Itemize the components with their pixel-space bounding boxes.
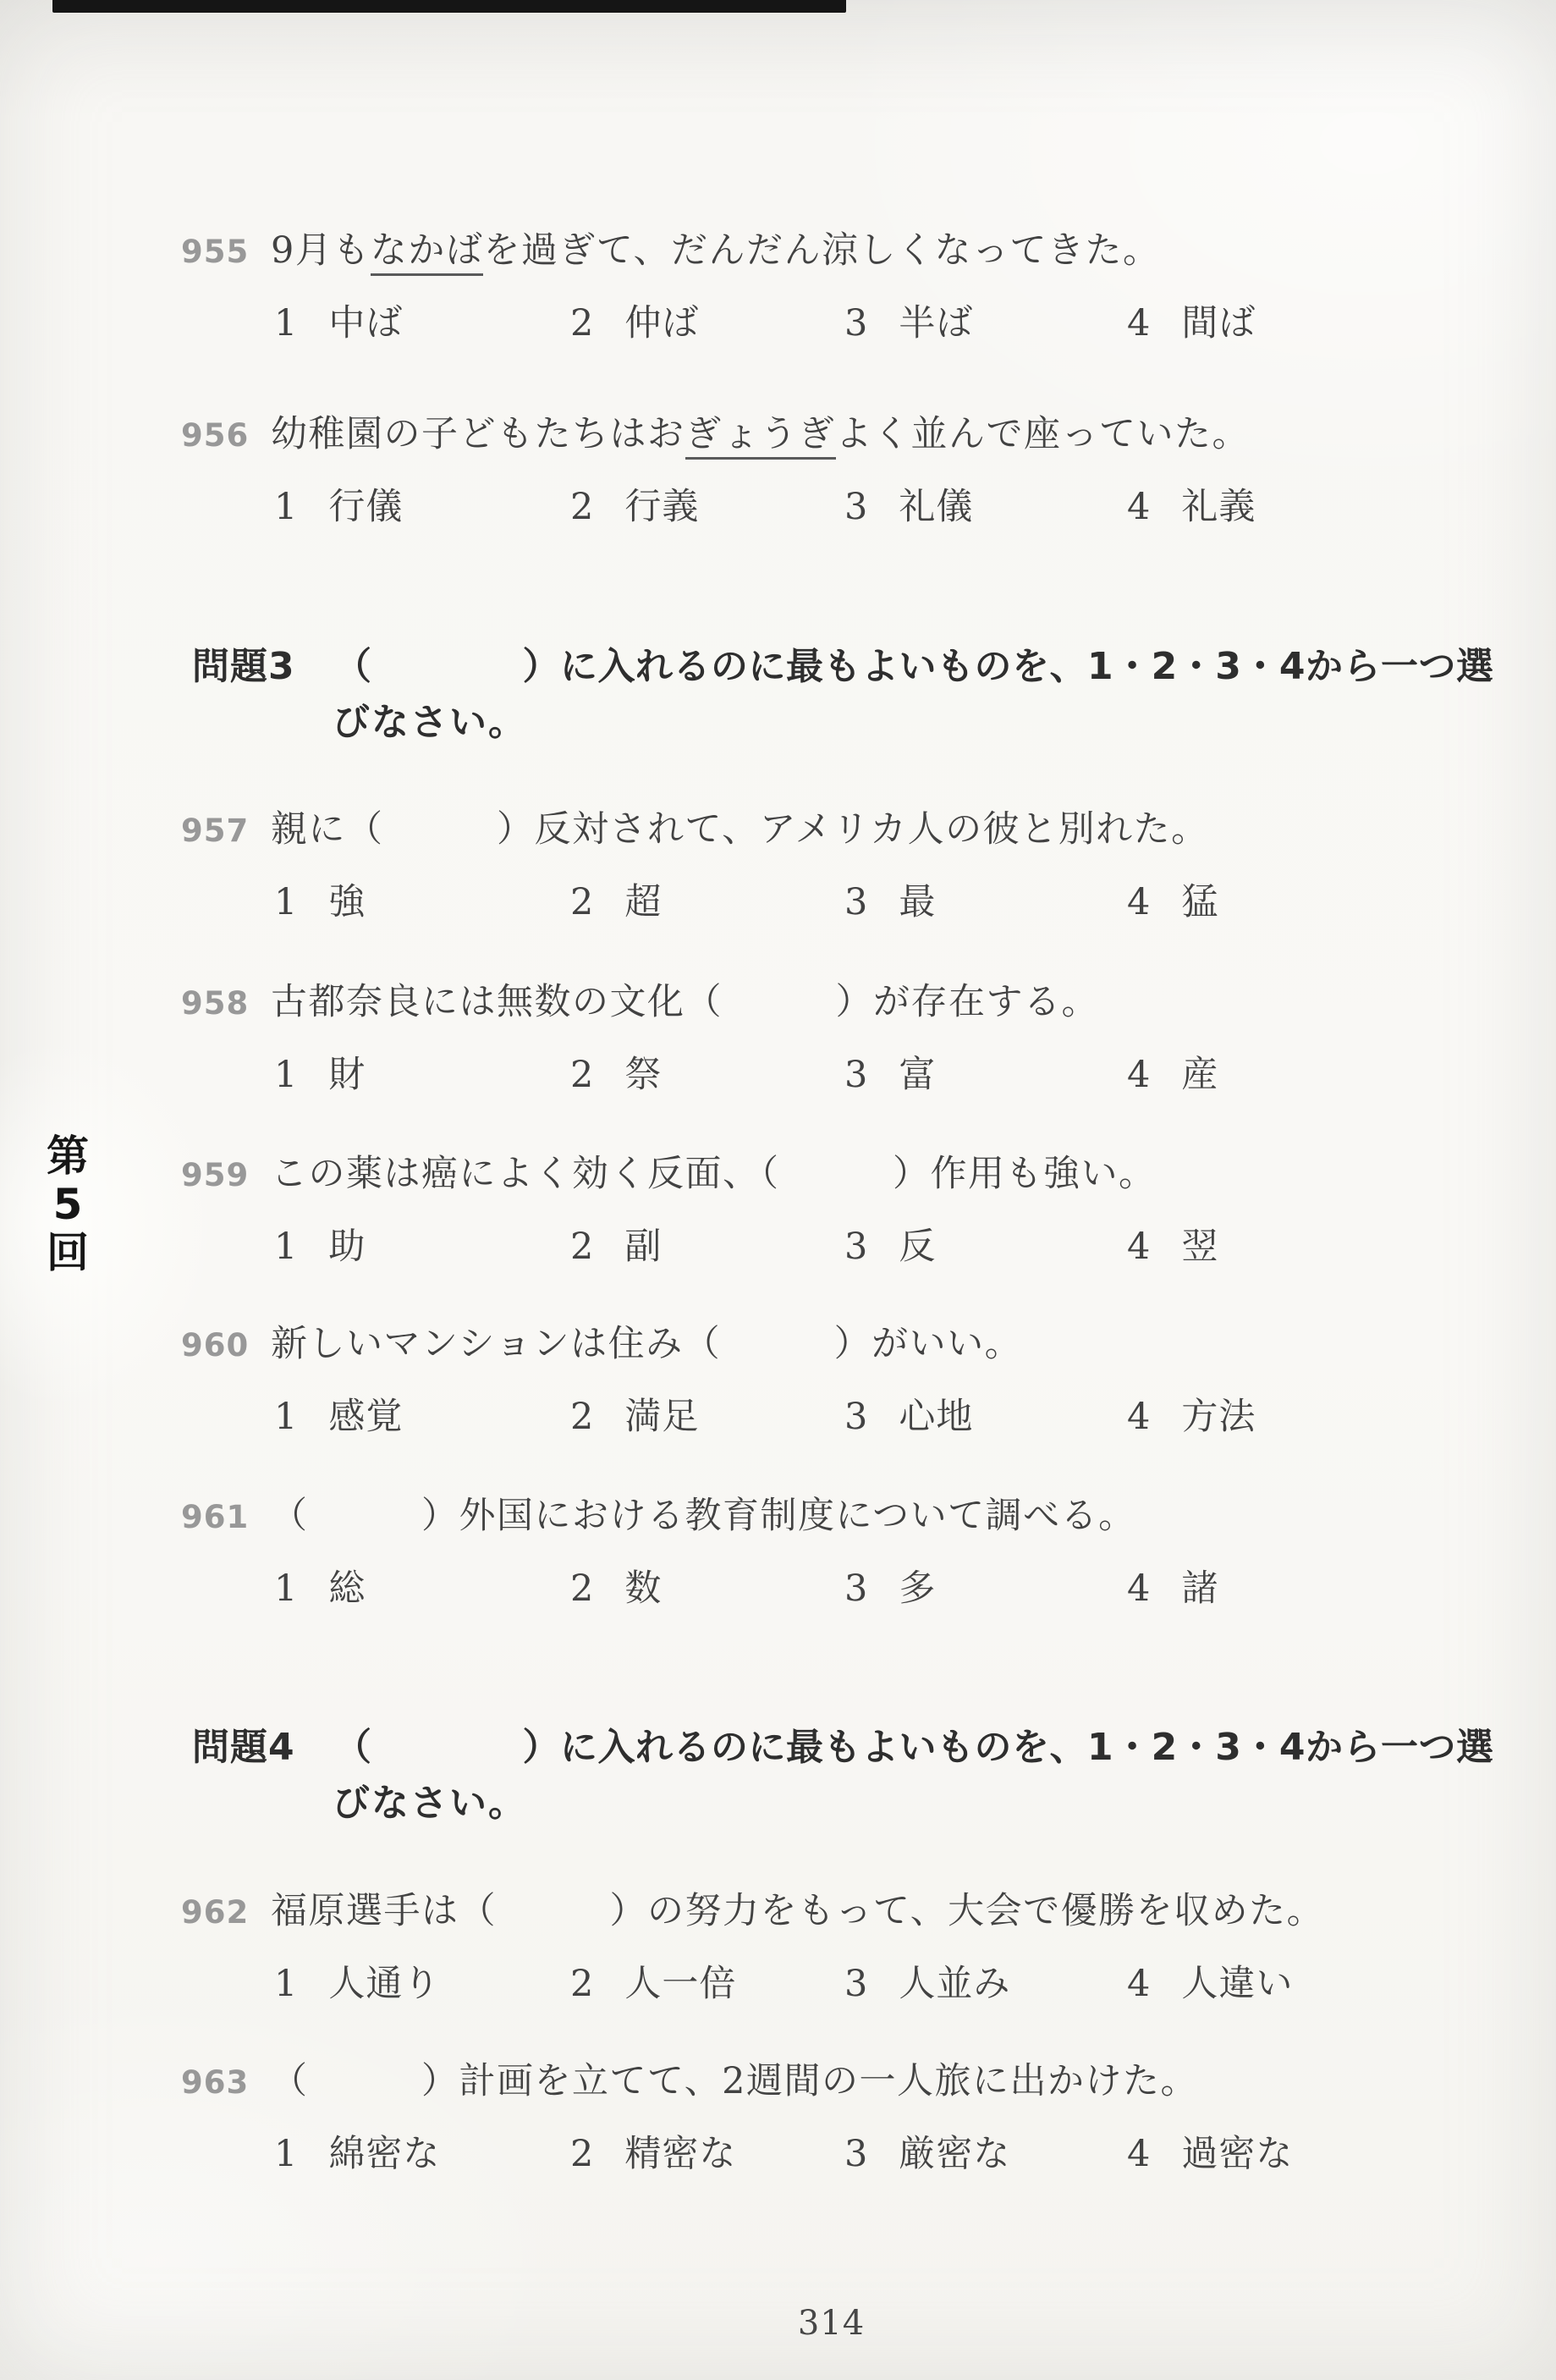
option-956-1: 1行儀	[274, 478, 403, 530]
option-959-1: 1助	[274, 1218, 366, 1270]
question-962-number: 962	[181, 1894, 249, 1931]
problem3-instruction-line2: びなさい。	[333, 691, 527, 746]
question-955: 955 9月もなかばを過ぎて、だんだん涼しくなってきた。 1中ば 2仲ば 3半ば…	[0, 230, 1556, 357]
option-number: 3	[844, 1567, 868, 1610]
option-text: 礼儀	[899, 486, 973, 528]
option-number: 2	[570, 302, 594, 344]
option-text: 感覚	[328, 1396, 403, 1438]
option-962-1: 1人通り	[274, 1955, 440, 2007]
question-963: 963 （ ）計画を立てて、2週間の一人旅に出かけた。 1綿密な 2精密な 3厳…	[0, 2061, 1556, 2188]
option-text: 行義	[624, 486, 699, 528]
option-number: 2	[570, 1963, 594, 2005]
question-955-underlined-reading: なかば	[371, 229, 484, 276]
option-text: 厳密な	[899, 2133, 1010, 2175]
option-text: 間ば	[1181, 302, 1256, 344]
option-text: 満足	[624, 1396, 699, 1438]
question-963-text: （ ）計画を立てて、2週間の一人旅に出かけた。	[271, 2061, 1198, 2102]
option-number: 3	[844, 1963, 868, 2005]
option-955-2: 2仲ば	[570, 295, 699, 346]
option-text: 財	[328, 1054, 366, 1096]
problem3-instruction-line1: （ ）に入れるのに最もよいものを、1・2・3・4から一つ選	[334, 636, 1493, 690]
question-959: 959 この薬は癌によく効く反面、（ ）作用も強い。 1助 2副 3反 4翌	[0, 1154, 1556, 1281]
question-955-options: 1中ば 2仲ば 3半ば 4間ば	[0, 295, 1556, 345]
option-number: 1	[274, 1963, 298, 2005]
option-958-2: 2祭	[570, 1046, 662, 1098]
option-957-1: 1強	[274, 873, 366, 925]
problem4-instruction-line2: びなさい。	[333, 1772, 527, 1826]
question-956-options: 1行儀 2行義 3礼儀 4礼義	[0, 478, 1556, 529]
question-959-options: 1助 2副 3反 4翌	[0, 1218, 1556, 1269]
question-960: 960 新しいマンションは住み（ ）がいい。 1感覚 2満足 3心地 4方法	[0, 1324, 1556, 1451]
option-956-2: 2行義	[570, 478, 699, 530]
question-956-text: 幼稚園の子どもたちはおぎょうぎよく並んで座っていた。	[271, 414, 1250, 455]
option-963-3: 3厳密な	[844, 2125, 1010, 2177]
question-961-options: 1総 2数 3多 4諸	[0, 1560, 1556, 1611]
option-959-3: 3反	[844, 1218, 936, 1270]
option-text: 人通り	[328, 1963, 440, 2005]
option-number: 3	[844, 1226, 868, 1268]
option-number: 4	[1127, 1963, 1151, 2005]
option-text: 猛	[1181, 881, 1218, 923]
option-963-2: 2精密な	[570, 2125, 736, 2177]
option-text: 超	[624, 881, 662, 923]
option-text: 仲ば	[624, 302, 699, 344]
question-957-number: 957	[181, 813, 249, 849]
scan-header-bar	[52, 0, 846, 13]
option-text: 礼義	[1181, 486, 1256, 528]
option-962-2: 2人一倍	[570, 1955, 736, 2007]
option-text: 副	[624, 1226, 662, 1268]
option-955-1: 1中ば	[274, 295, 403, 346]
option-text: 反	[899, 1226, 936, 1268]
option-number: 3	[844, 486, 868, 528]
option-text: 過密な	[1181, 2133, 1293, 2175]
option-text: 産	[1181, 1054, 1218, 1096]
option-963-1: 1綿密な	[274, 2125, 440, 2177]
option-text: 富	[899, 1054, 936, 1096]
option-number: 4	[1127, 1396, 1151, 1438]
option-text: 祭	[624, 1054, 662, 1096]
option-text: 綿密な	[328, 2133, 440, 2175]
question-961-text: （ ）外国における教育制度について調べる。	[271, 1496, 1136, 1537]
option-number: 3	[844, 1396, 868, 1438]
option-961-2: 2数	[570, 1560, 662, 1611]
option-number: 1	[274, 1226, 298, 1268]
question-956-text-post: よく並んで座っていた。	[836, 413, 1251, 455]
question-958: 958 古都奈良には無数の文化（ ）が存在する。 1財 2祭 3富 4産	[0, 982, 1556, 1109]
option-956-3: 3礼儀	[844, 478, 973, 530]
option-957-2: 2超	[570, 873, 662, 925]
question-958-text: 古都奈良には無数の文化（ ）が存在する。	[271, 982, 1099, 1023]
question-956-number: 956	[181, 417, 249, 454]
option-number: 1	[274, 1567, 298, 1610]
option-number: 4	[1127, 486, 1151, 528]
question-959-text: この薬は癌によく効く反面、（ ）作用も強い。	[271, 1154, 1157, 1195]
problem3-heading: 問題3 （ ）に入れるのに最もよいものを、1・2・3・4から一つ選 びなさい。	[0, 636, 1556, 754]
option-number: 2	[570, 1226, 594, 1268]
option-number: 4	[1127, 2133, 1151, 2175]
option-text: 総	[328, 1567, 366, 1610]
page-number: 314	[0, 2304, 1556, 2343]
option-962-3: 3人並み	[844, 1955, 1010, 2007]
option-number: 1	[274, 881, 298, 923]
option-text: 人違い	[1181, 1963, 1293, 2005]
question-958-number: 958	[181, 985, 249, 1022]
option-955-4: 4間ば	[1127, 295, 1256, 346]
option-text: 数	[624, 1567, 662, 1610]
question-963-options: 1綿密な 2精密な 3厳密な 4過密な	[0, 2125, 1556, 2176]
option-number: 2	[570, 881, 594, 923]
option-960-1: 1感覚	[274, 1388, 403, 1440]
option-960-4: 4方法	[1127, 1388, 1256, 1440]
option-958-4: 4産	[1127, 1046, 1218, 1098]
option-959-4: 4翌	[1127, 1218, 1218, 1270]
question-962-text: 福原選手は（ ）の努力をもって、大会で優勝を収めた。	[271, 1891, 1324, 1932]
option-number: 2	[570, 1567, 594, 1610]
option-text: 翌	[1181, 1226, 1218, 1268]
option-number: 4	[1127, 1054, 1151, 1096]
option-957-3: 3最	[844, 873, 936, 925]
question-957: 957 親に（ ）反対されて、アメリカ人の彼と別れた。 1強 2超 3最 4猛	[0, 809, 1556, 936]
question-960-number: 960	[181, 1327, 249, 1364]
option-number: 1	[274, 1396, 298, 1438]
option-text: 人並み	[899, 1963, 1010, 2005]
option-960-3: 3心地	[844, 1388, 973, 1440]
option-number: 3	[844, 2133, 868, 2175]
question-955-number: 955	[181, 234, 249, 270]
option-number: 1	[274, 302, 298, 344]
problem4-heading: 問題4 （ ）に入れるのに最もよいものを、1・2・3・4から一つ選 びなさい。	[0, 1716, 1556, 1835]
problem3-label: 問題3	[192, 636, 295, 690]
question-960-text: 新しいマンションは住み（ ）がいい。	[271, 1324, 1022, 1365]
option-961-3: 3多	[844, 1560, 936, 1611]
question-957-options: 1強 2超 3最 4猛	[0, 873, 1556, 924]
question-956: 956 幼稚園の子どもたちはおぎょうぎよく並んで座っていた。 1行儀 2行義 3…	[0, 414, 1556, 541]
option-text: 半ば	[899, 302, 973, 344]
option-text: 最	[899, 881, 936, 923]
option-963-4: 4過密な	[1127, 2125, 1293, 2177]
option-956-4: 4礼義	[1127, 478, 1256, 530]
question-956-underlined-reading: ぎょうぎ	[685, 413, 836, 460]
question-957-text: 親に（ ）反対されて、アメリカ人の彼と別れた。	[271, 809, 1209, 851]
option-955-3: 3半ば	[844, 295, 973, 346]
question-962: 962 福原選手は（ ）の努力をもって、大会で優勝を収めた。 1人通り 2人一倍…	[0, 1891, 1556, 2018]
option-962-4: 4人違い	[1127, 1955, 1293, 2007]
option-text: 人一倍	[624, 1963, 736, 2005]
option-number: 3	[844, 881, 868, 923]
option-number: 4	[1127, 302, 1151, 344]
option-961-1: 1総	[274, 1560, 366, 1611]
option-text: 中ば	[328, 302, 403, 344]
question-958-options: 1財 2祭 3富 4産	[0, 1046, 1556, 1097]
option-957-4: 4猛	[1127, 873, 1218, 925]
option-961-4: 4諸	[1127, 1560, 1218, 1611]
option-text: 多	[899, 1567, 936, 1610]
question-959-number: 959	[181, 1157, 249, 1193]
question-962-options: 1人通り 2人一倍 3人並み 4人違い	[0, 1955, 1556, 2006]
option-number: 2	[570, 2133, 594, 2175]
option-text: 方法	[1181, 1396, 1256, 1438]
option-text: 助	[328, 1226, 366, 1268]
question-960-options: 1感覚 2満足 3心地 4方法	[0, 1388, 1556, 1439]
option-text: 諸	[1181, 1567, 1218, 1610]
option-number: 1	[274, 2133, 298, 2175]
question-955-text-pre: 9月も	[271, 229, 371, 272]
question-961: 961 （ ）外国における教育制度について調べる。 1総 2数 3多 4諸	[0, 1496, 1556, 1622]
question-955-text-post: を過ぎて、だんだん涼しくなってきた。	[483, 229, 1160, 272]
option-959-2: 2副	[570, 1218, 662, 1270]
question-956-text-pre: 幼稚園の子どもたちはお	[271, 413, 685, 455]
option-number: 3	[844, 1054, 868, 1096]
problem4-label: 問題4	[192, 1716, 295, 1771]
option-text: 心地	[899, 1396, 973, 1438]
option-text: 精密な	[624, 2133, 736, 2175]
option-number: 4	[1127, 1226, 1151, 1268]
option-958-3: 3富	[844, 1046, 936, 1098]
option-number: 1	[274, 1054, 298, 1096]
question-963-number: 963	[181, 2064, 249, 2101]
question-961-number: 961	[181, 1499, 249, 1535]
option-text: 行儀	[328, 486, 403, 528]
option-number: 2	[570, 1054, 594, 1096]
option-958-1: 1財	[274, 1046, 366, 1098]
option-number: 1	[274, 486, 298, 528]
option-number: 2	[570, 1396, 594, 1438]
question-955-text: 9月もなかばを過ぎて、だんだん涼しくなってきた。	[271, 230, 1161, 272]
option-number: 4	[1127, 881, 1151, 923]
option-number: 2	[570, 486, 594, 528]
option-text: 強	[328, 881, 366, 923]
option-number: 3	[844, 302, 868, 344]
option-number: 4	[1127, 1567, 1151, 1610]
option-960-2: 2満足	[570, 1388, 699, 1440]
problem4-instruction-line1: （ ）に入れるのに最もよいものを、1・2・3・4から一つ選	[334, 1716, 1493, 1771]
